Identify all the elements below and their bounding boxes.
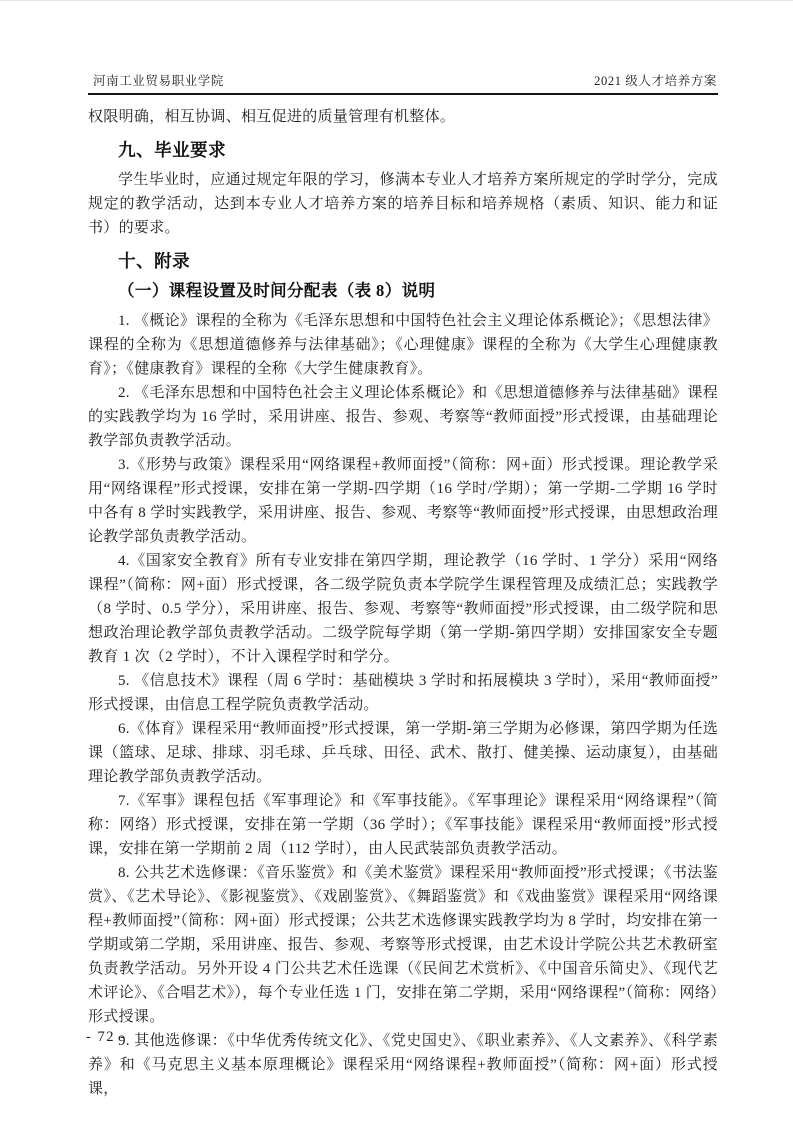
header-document-title: 2021 级人才培养方案 bbox=[594, 71, 717, 89]
document-body: 权限明确，相互协调、相互促进的质量管理有机整体。 九、毕业要求 学生毕业时，应通… bbox=[88, 105, 718, 1101]
page-number: - 72 - bbox=[86, 1029, 126, 1046]
appendix-item-8: 8. 公共艺术选修课：《音乐鉴赏》和《美术鉴赏》课程采用“教师面授”形式授课；《… bbox=[88, 861, 718, 1029]
graduation-paragraph: 学生毕业时，应通过规定年限的学习，修满本专业人才培养方案所规定的学时学分，完成规… bbox=[88, 168, 718, 240]
appendix-item-1: 1. 《概论》课程的全称为《毛泽东思想和中国特色社会主义理论体系概论》；《思想法… bbox=[88, 309, 718, 381]
appendix-item-3: 3.《形势与政策》课程采用“网络课程+教师面授”（简称：网+面）形式授课。理论教… bbox=[88, 453, 718, 549]
page-content: 河南工业贸易职业学院 2021 级人才培养方案 权限明确，相互协调、相互促进的质… bbox=[88, 71, 718, 1101]
appendix-item-2: 2. 《毛泽东思想和中国特色社会主义理论体系概论》和《思想道德修养与法律基础》课… bbox=[88, 381, 718, 453]
section-heading-graduation: 九、毕业要求 bbox=[88, 138, 718, 162]
appendix-item-7: 7.《军事》课程包括《军事理论》和《军事技能》。《军事理论》课程采用“网络课程”… bbox=[88, 789, 718, 861]
appendix-item-6: 6.《体育》课程采用“教师面授”形式授课，第一学期-第三学期为必修课，第四学期为… bbox=[88, 717, 718, 789]
section-heading-appendix: 十、附录 bbox=[88, 249, 718, 273]
appendix-item-4: 4.《国家安全教育》所有专业安排在第四学期，理论教学（16 学时、1 学分）采用… bbox=[88, 549, 718, 669]
header-school-name: 河南工业贸易职业学院 bbox=[93, 71, 224, 89]
appendix-subheading: （一）课程设置及时间分配表（表 8）说明 bbox=[88, 279, 718, 303]
page-header: 河南工业贸易职业学院 2021 级人才培养方案 bbox=[88, 71, 718, 95]
appendix-item-9: 9. 其他选修课：《中华优秀传统文化》、《党史国史》、《职业素养》、《人文素养》… bbox=[88, 1029, 718, 1101]
document-page: 河南工业贸易职业学院 2021 级人才培养方案 权限明确，相互协调、相互促进的质… bbox=[0, 0, 793, 1122]
appendix-item-5: 5. 《信息技术》课程（周 6 学时：基础模块 3 学时和拓展模块 3 学时），… bbox=[88, 669, 718, 717]
paragraph-continuation: 权限明确，相互协调、相互促进的质量管理有机整体。 bbox=[88, 105, 718, 129]
